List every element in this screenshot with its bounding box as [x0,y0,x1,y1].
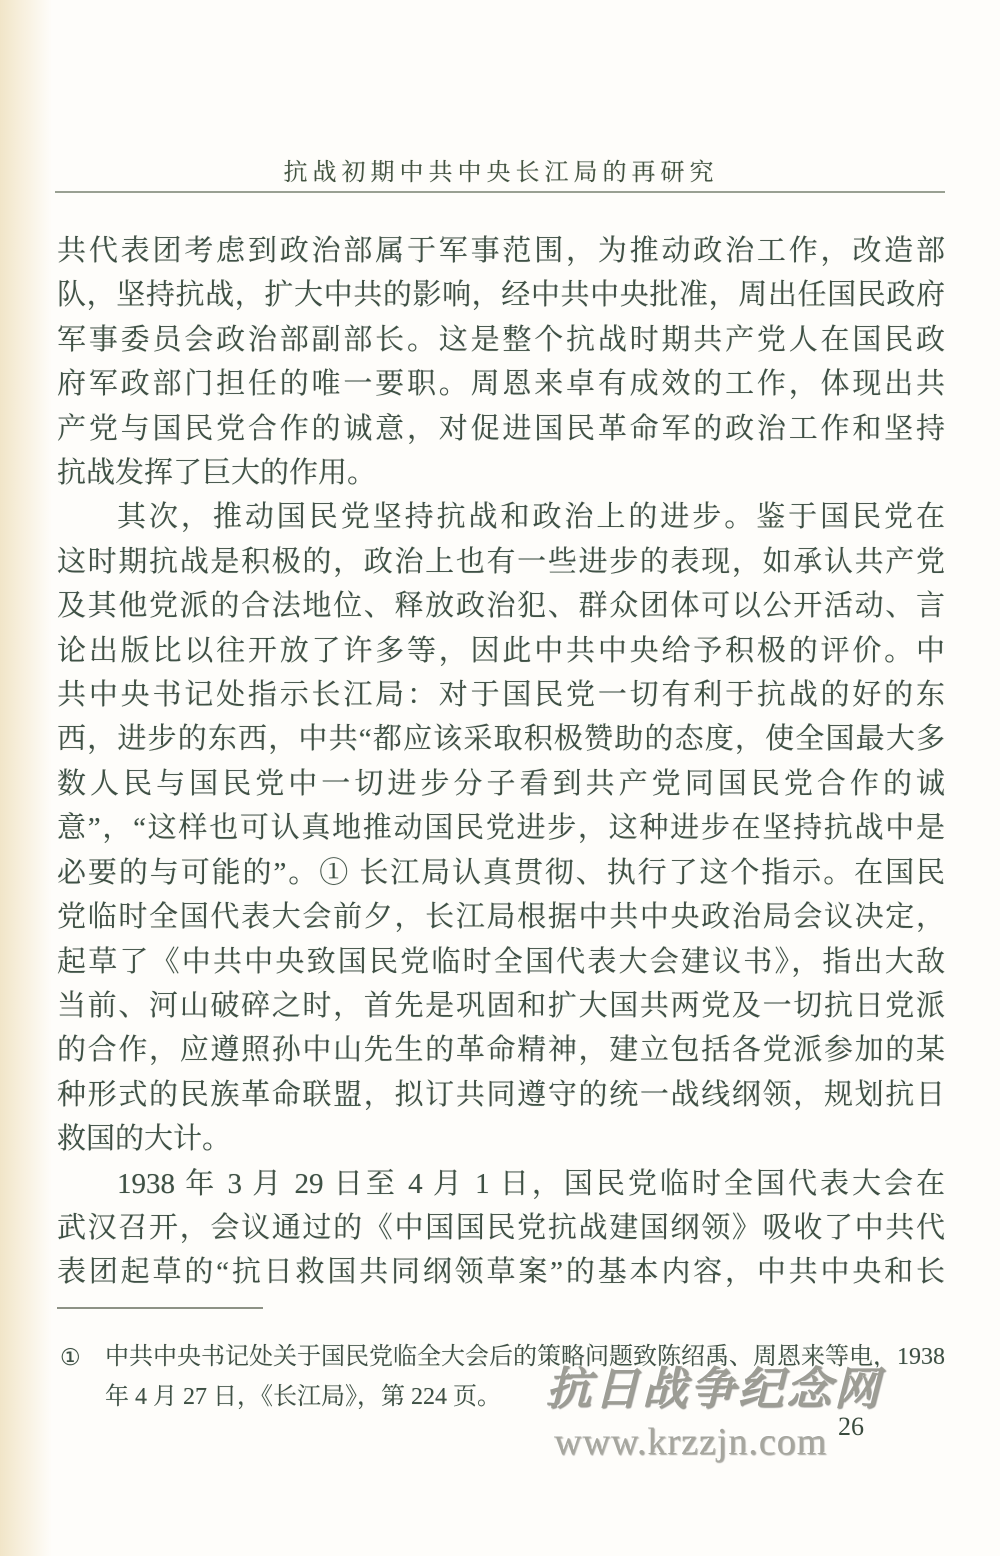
text-line: 共中央书记处指示长江局：对于国民党一切有利于抗战的好的东 [57,673,945,717]
text-line: 抗战发挥了巨大的作用。 [57,451,945,495]
text-line: 武汉召开，会议通过的《中国国民党抗战建国纲领》吸收了中共代 [57,1206,945,1250]
footnote-line: 年 4 月 27 日，《长江局》，第 224 页。 [105,1377,946,1417]
text-line: 1938 年 3 月 29 日至 4 月 1 日，国民党临时全国代表大会在 [57,1162,945,1206]
header-rule [55,191,945,193]
body-text: 共代表团考虑到政治部属于军事范围，为推动政治工作，改造部 队，坚持抗战，扩大中共… [57,229,945,1295]
text-line: 军事委员会政治部副部长。这是整个抗战时期共产党人在国民政 [57,318,945,362]
text-line: 党临时全国代表大会前夕，长江局根据中共中央政治局会议决定， [57,895,945,939]
text-line: 救国的大计。 [57,1117,945,1161]
text-line: 其次，推动国民党坚持抗战和政治上的进步。鉴于国民党在 [57,495,945,539]
text-line: 的合作，应遵照孙中山先生的革命精神，建立包括各党派参加的某 [57,1028,945,1072]
text-line: 共代表团考虑到政治部属于军事范围，为推动政治工作，改造部 [57,229,945,273]
text-line: 意”，“这样也可认真地推动国民党进步，这种进步在坚持抗战中是 [57,806,945,850]
footnote-marker: ① [60,1338,81,1378]
text-line: 起草了《中共中央致国民党临时全国代表大会建议书》，指出大敌 [57,940,945,984]
text-line: 表团起草的“抗日救国共同纲领草案”的基本内容，中共中央和长 [57,1250,945,1294]
footnote-line: 中共中央书记处关于国民党临全大会后的策略问题致陈绍禹、周恩来等电，1938 [105,1337,946,1377]
text-line: 府军政部门担任的唯一要职。周恩来卓有成效的工作，体现出共 [57,362,945,406]
text-line: 当前、河山破碎之时，首先是巩固和扩大国共两党及一切抗日党派 [57,984,945,1028]
text-line: 产党与国民党合作的诚意，对促进国民革命军的政治工作和坚持 [57,407,945,451]
text-line: 及其他党派的合法地位、释放政治犯、群众团体可以公开活动、言 [57,584,945,628]
text-line: 论出版比以往开放了许多等，因此中共中央给予积极的评价。中 [57,629,945,673]
text-line: 这时期抗战是积极的，政治上也有一些进步的表现，如承认共产党 [57,540,945,584]
scanned-book-page: 抗战初期中共中央长江局的再研究 共代表团考虑到政治部属于军事范围，为推动政治工作… [0,0,1000,1556]
text-line: 必要的与可能的”。① 长江局认真贯彻、执行了这个指示。在国民 [57,851,945,895]
running-header-title: 抗战初期中共中央长江局的再研究 [57,152,945,187]
scan-edge-shading [0,0,52,1556]
text-line: 数人民与国民党中一切进步分子看到共产党同国民党合作的诚 [57,762,945,806]
text-line: 种形式的民族革命联盟，拟订共同遵守的统一战线纲领，规划抗日 [57,1073,945,1117]
watermark-url: www.krzzjn.com [554,1420,882,1464]
footnote: ① 中共中央书记处关于国民党临全大会后的策略问题致陈绍禹、周恩来等电，1938 … [60,1337,946,1417]
text-line: 队，坚持抗战，扩大中共的影响，经中共中央批准，周出任国民政府 [57,273,945,317]
text-line: 西，进步的东西，中共“都应该采取积极赞助的态度，使全国最大多 [57,717,945,761]
page-number: 26 [838,1412,864,1442]
footnote-separator-rule [57,1307,263,1309]
